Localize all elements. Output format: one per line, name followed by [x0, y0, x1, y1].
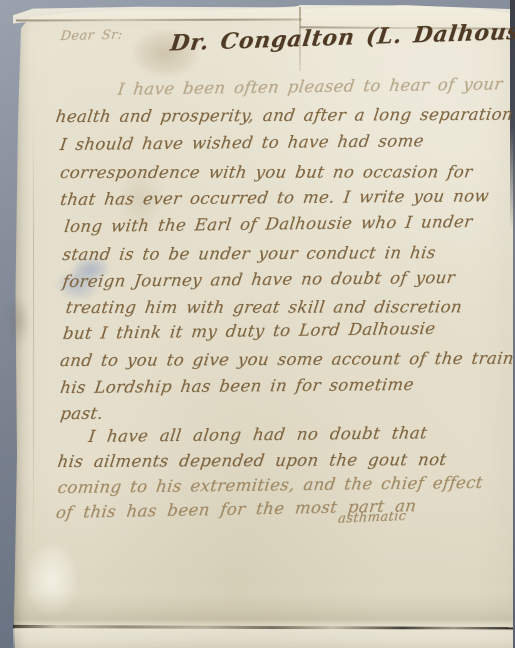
catchword: asthmatic — [337, 509, 407, 527]
handwriting-layer: Dear Sr: Dr. Congalton (L. Dalhousie I h… — [0, 0, 515, 648]
letter-heading: Dr. Congalton (L. Dalhousie — [169, 18, 515, 57]
letter-line: long with the Earl of Dalhousie who I un… — [63, 212, 473, 236]
letter-line: and to you to give you some account of t… — [59, 349, 515, 370]
letter-line: past. — [59, 404, 104, 423]
annotation-dear-sir: Dear Sr: — [60, 28, 124, 44]
letter-line: I have been often pleased to hear of you… — [117, 74, 504, 98]
letter-line: I have all along had no doubt that — [87, 423, 428, 446]
letter-line: I should have wished to have had some — [59, 131, 425, 154]
scan-backdrop: Dear Sr: Dr. Congalton (L. Dalhousie I h… — [0, 0, 515, 648]
letter-line: that has ever occurred to me. I write yo… — [59, 186, 490, 209]
letter-line: foreign Journey and have no doubt of you… — [62, 268, 457, 291]
letter-line: his ailments depended upon the gout not — [56, 450, 447, 471]
letter-line: correspondence with you but no occasion … — [59, 162, 474, 182]
letter-line: coming to his extremities, and the chief… — [57, 473, 484, 497]
letter-line: stand is to be under your conduct in his — [61, 243, 437, 264]
letter-line: but I think it my duty to Lord Dalhousie — [62, 319, 437, 343]
letter-line: treating him with great skill and discre… — [65, 297, 464, 317]
letter-line: health and prosperity, and after a long … — [55, 105, 515, 126]
letter-line: his Lordship has been in for sometime — [59, 375, 415, 397]
